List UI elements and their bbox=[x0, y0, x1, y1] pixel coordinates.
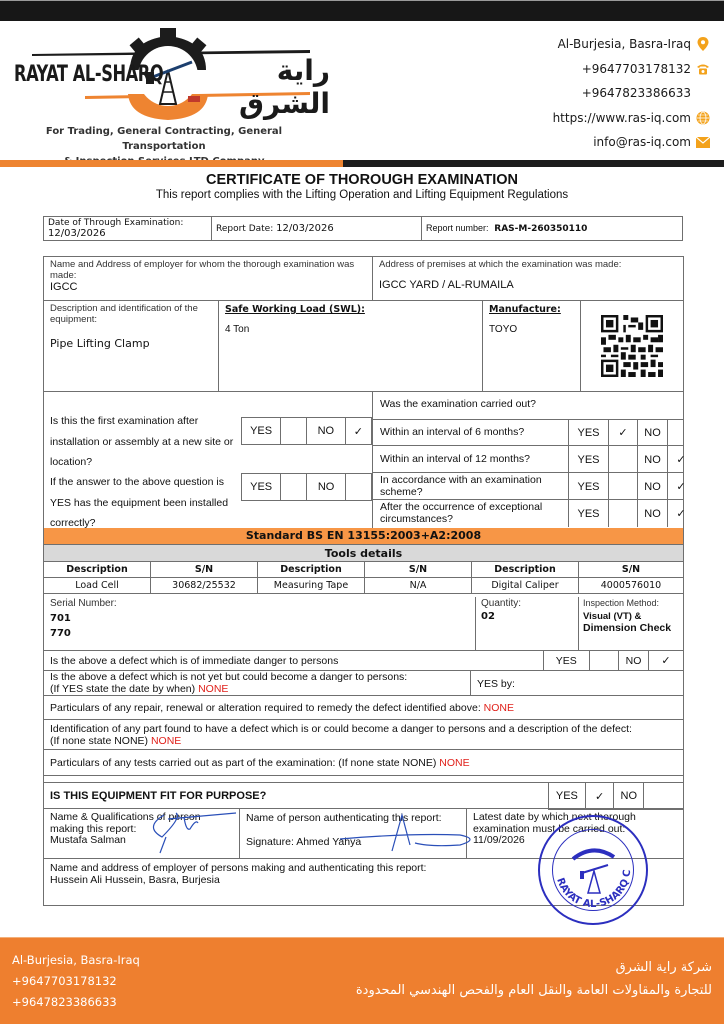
contact-block: Al-Burjesia, Basra-Iraq +9647703178132 +… bbox=[553, 32, 710, 155]
tool-2-desc: Measuring Tape bbox=[258, 578, 365, 594]
location-pin-icon bbox=[696, 37, 710, 51]
qr-cell bbox=[581, 301, 683, 392]
report-number-value: RAS-M-260350110 bbox=[494, 224, 587, 234]
certificate-subtitle: This report complies with the Lifting Op… bbox=[0, 189, 724, 201]
repair-row: Particulars of any repair, renewal or al… bbox=[44, 696, 683, 720]
installed-no-label: NO bbox=[307, 474, 346, 501]
report-date-cell: Report Date: 12/03/2026 bbox=[212, 217, 422, 241]
exam-interval-row: In accordance with an examination scheme… bbox=[373, 473, 683, 500]
serial-number-cell: Serial Number: 701 770 bbox=[44, 597, 476, 651]
authenticator-cell: Name of person authenticating this repor… bbox=[240, 809, 467, 859]
stamp-emblem-icon: RAYAT AL-SHARQ Co. bbox=[538, 815, 648, 925]
tool-3-sn: 4000576010 bbox=[579, 578, 684, 594]
globe-icon bbox=[696, 111, 710, 125]
website-link[interactable]: https://www.ras-iq.com bbox=[553, 111, 691, 125]
certificate-title: CERTIFICATE OF THOROUGH EXAMINATION bbox=[0, 172, 724, 188]
examination-form: Name and Address of employer for whom th… bbox=[43, 256, 684, 906]
equipment-desc-value: Pipe Lifting Clamp bbox=[50, 337, 212, 350]
swl-value: 4 Ton bbox=[225, 323, 476, 336]
logo-text-en: RAYAT AL-SHARQ bbox=[14, 62, 163, 87]
exam-interval-no-checkbox[interactable]: ✓ bbox=[667, 500, 694, 527]
future-danger-value: NONE bbox=[198, 683, 228, 695]
fit-yes-checkbox[interactable]: ✓ bbox=[585, 783, 614, 810]
quantity-value: 02 bbox=[481, 611, 573, 622]
fit-no-checkbox[interactable] bbox=[644, 783, 683, 810]
defective-part-value: NONE bbox=[151, 735, 181, 747]
fit-for-purpose-row: IS THIS EQUIPMENT FIT FOR PURPOSE? YES ✓… bbox=[44, 782, 683, 809]
first-exam-no-checkbox[interactable]: ✓ bbox=[345, 418, 371, 445]
inspection-method-cell: Inspection Method: Visual (VT) & Dimensi… bbox=[579, 597, 683, 651]
footer-company-ar: شركة راية الشرق للتجارة والمقاولات العام… bbox=[356, 956, 712, 1002]
yes-by-cell: YES by: bbox=[471, 671, 683, 696]
company-stamp: RAYAT AL-SHARQ Co. bbox=[538, 815, 648, 925]
quantity-cell: Quantity: 02 bbox=[476, 597, 579, 651]
exam-interval-yes-label: YES bbox=[568, 473, 608, 500]
footer-ar-line-1: شركة راية الشرق bbox=[356, 956, 712, 979]
exam-interval-question: Within an interval of 6 months? bbox=[380, 419, 560, 446]
defective-part-row: Identification of any part found to have… bbox=[44, 720, 683, 750]
svg-text:RAYAT AL-SHARQ Co.: RAYAT AL-SHARQ Co. bbox=[538, 815, 633, 910]
equipment-desc-cell: Description and identification of the eq… bbox=[44, 301, 219, 392]
first-exam-no-label: NO bbox=[306, 418, 345, 445]
installed-no-checkbox[interactable] bbox=[346, 474, 372, 501]
exam-interval-question: After the occurrence of exceptional circ… bbox=[380, 500, 560, 527]
tools-table: Description S/N Description S/N Descript… bbox=[43, 561, 684, 594]
first-exam-section: Is this the first examination after inst… bbox=[44, 392, 373, 528]
envelope-icon bbox=[696, 135, 710, 149]
installed-yes-label: YES bbox=[242, 474, 281, 501]
tools-details-header: Tools details bbox=[44, 544, 683, 561]
premises-cell: Address of premises at which the examina… bbox=[373, 257, 683, 301]
contact-email[interactable]: info@ras-iq.com bbox=[553, 130, 710, 155]
exam-interval-yes-checkbox[interactable]: ✓ bbox=[608, 419, 637, 446]
manufacture-value: TOYO bbox=[489, 323, 574, 336]
future-danger-cell: Is the above a defect which is not yet b… bbox=[44, 671, 471, 696]
inspection-method-value-1: Visual (VT) & bbox=[583, 611, 679, 622]
serial-number-1: 701 bbox=[50, 611, 469, 626]
maker-signature bbox=[124, 807, 244, 855]
tools-header-row: Description S/N Description S/N Descript… bbox=[44, 562, 684, 578]
installed-yes-checkbox[interactable] bbox=[281, 474, 307, 501]
immediate-no-checkbox[interactable]: ✓ bbox=[648, 651, 683, 671]
report-date-value: 12/03/2026 bbox=[276, 223, 334, 234]
exam-interval-row: Within an interval of 12 months?YESNO✓ bbox=[373, 446, 683, 473]
immediate-yes-checkbox[interactable] bbox=[589, 651, 619, 671]
tool-1-sn: 30682/25532 bbox=[151, 578, 258, 594]
exam-interval-no-label: NO bbox=[637, 473, 667, 500]
manufacture-cell: Manufacture: TOYO bbox=[483, 301, 581, 392]
premises-value: IGCC YARD / AL-RUMAILA bbox=[379, 279, 677, 292]
top-bar bbox=[0, 0, 724, 21]
page-footer: Al-Burjesia, Basra-Iraq +9647703178132 +… bbox=[0, 937, 724, 1024]
report-maker-cell: Name & Qualifications of person making t… bbox=[44, 809, 240, 859]
footer-address: Al-Burjesia, Basra-Iraq bbox=[12, 950, 140, 971]
exam-interval-no-checkbox[interactable] bbox=[667, 419, 694, 446]
exam-interval-yes-checkbox[interactable] bbox=[608, 500, 637, 527]
exam-interval-yes-label: YES bbox=[568, 446, 608, 473]
exam-carried-out-section: Was the examination carried out? Within … bbox=[373, 392, 683, 528]
inspection-method-value-2: Dimension Check bbox=[583, 622, 679, 634]
footer-phone-1[interactable]: +9647703178132 bbox=[12, 971, 140, 992]
exam-interval-yes-label: YES bbox=[568, 500, 608, 527]
address-text: Al-Burjesia, Basra-Iraq bbox=[558, 37, 691, 51]
installed-correctly-answer: YES NO bbox=[241, 473, 372, 501]
exam-interval-no-label: NO bbox=[637, 500, 667, 527]
company-logo: RAYAT AL-SHARQ راية الشرق bbox=[10, 26, 330, 121]
immediate-danger-answer: YES NO ✓ bbox=[543, 650, 683, 671]
exam-interval-question: In accordance with an examination scheme… bbox=[380, 473, 560, 500]
phone-2-text[interactable]: +9647823386633 bbox=[582, 86, 691, 100]
header-divider bbox=[0, 160, 724, 167]
exam-carried-out-heading: Was the examination carried out? bbox=[380, 398, 536, 410]
standard-banner: Standard BS EN 13155:2003+A2:2008 bbox=[44, 528, 683, 544]
serial-number-2: 770 bbox=[50, 626, 469, 641]
tool-3-desc: Digital Caliper bbox=[472, 578, 579, 594]
contact-phone-1[interactable]: +9647703178132 bbox=[553, 57, 710, 82]
tagline-line-1: For Trading, General Contracting, Genera… bbox=[14, 124, 314, 154]
authenticator-signature bbox=[330, 811, 480, 857]
tests-row: Particulars of any tests carried out as … bbox=[44, 750, 683, 776]
phone-1-text[interactable]: +9647703178132 bbox=[582, 62, 691, 76]
employer-cell: Name and Address of employer for whom th… bbox=[44, 257, 373, 301]
tool-2-sn: N/A bbox=[365, 578, 472, 594]
fit-for-purpose-question: IS THIS EQUIPMENT FIT FOR PURPOSE? bbox=[50, 790, 266, 802]
employer-value: IGCC bbox=[50, 281, 366, 294]
contact-address: Al-Burjesia, Basra-Iraq bbox=[553, 32, 710, 57]
exam-interval-question: Within an interval of 12 months? bbox=[380, 446, 560, 473]
contact-website[interactable]: https://www.ras-iq.com bbox=[553, 106, 710, 131]
footer-contact: Al-Burjesia, Basra-Iraq +9647703178132 +… bbox=[12, 950, 140, 1013]
first-exam-question: Is this the first examination after inst… bbox=[50, 411, 235, 473]
immediate-danger-row: Is the above a defect which is of immedi… bbox=[44, 651, 683, 671]
exam-interval-no-checkbox[interactable]: ✓ bbox=[667, 446, 694, 473]
fit-for-purpose-answer: YES ✓ NO bbox=[548, 782, 683, 810]
exam-interval-no-label: NO bbox=[637, 419, 667, 446]
tool-1-desc: Load Cell bbox=[44, 578, 151, 594]
first-exam-yes-checkbox[interactable] bbox=[281, 418, 307, 445]
logo-text-ar: راية الشرق bbox=[206, 54, 330, 120]
installed-correctly-question: If the answer to the above question is Y… bbox=[50, 472, 238, 534]
exam-interval-no-label: NO bbox=[637, 446, 667, 473]
first-exam-yes-label: YES bbox=[242, 418, 281, 445]
report-number-cell: Report number: RAS-M-260350110 bbox=[422, 217, 683, 241]
first-exam-answer: YES NO ✓ bbox=[241, 417, 372, 445]
tools-data-row: Load Cell 30682/25532 Measuring Tape N/A… bbox=[44, 578, 684, 594]
exam-interval-yes-checkbox[interactable] bbox=[608, 473, 637, 500]
exam-interval-yes-checkbox[interactable] bbox=[608, 446, 637, 473]
phone-icon bbox=[696, 62, 710, 76]
exam-interval-no-checkbox[interactable]: ✓ bbox=[667, 473, 694, 500]
dates-table: Date of Through Examination: 12/03/2026 … bbox=[43, 216, 683, 241]
repair-value: NONE bbox=[484, 702, 514, 714]
exam-interval-yes-label: YES bbox=[568, 419, 608, 446]
footer-ar-line-2: للتجارة والمقاولات العامة والنقل العام و… bbox=[356, 979, 712, 1002]
footer-phone-2[interactable]: +9647823386633 bbox=[12, 992, 140, 1013]
tests-value: NONE bbox=[439, 757, 469, 769]
contact-phone-2[interactable]: +9647823386633 bbox=[553, 81, 710, 106]
exam-date-cell: Date of Through Examination: 12/03/2026 bbox=[44, 217, 212, 241]
exam-date-value: 12/03/2026 bbox=[48, 228, 106, 239]
email-link[interactable]: info@ras-iq.com bbox=[593, 135, 691, 149]
swl-cell: Safe Working Load (SWL): 4 Ton bbox=[219, 301, 483, 392]
exam-interval-row: After the occurrence of exceptional circ… bbox=[373, 500, 683, 527]
qr-code-icon[interactable] bbox=[601, 315, 663, 377]
exam-interval-row: Within an interval of 6 months?YES✓NO bbox=[373, 419, 683, 446]
